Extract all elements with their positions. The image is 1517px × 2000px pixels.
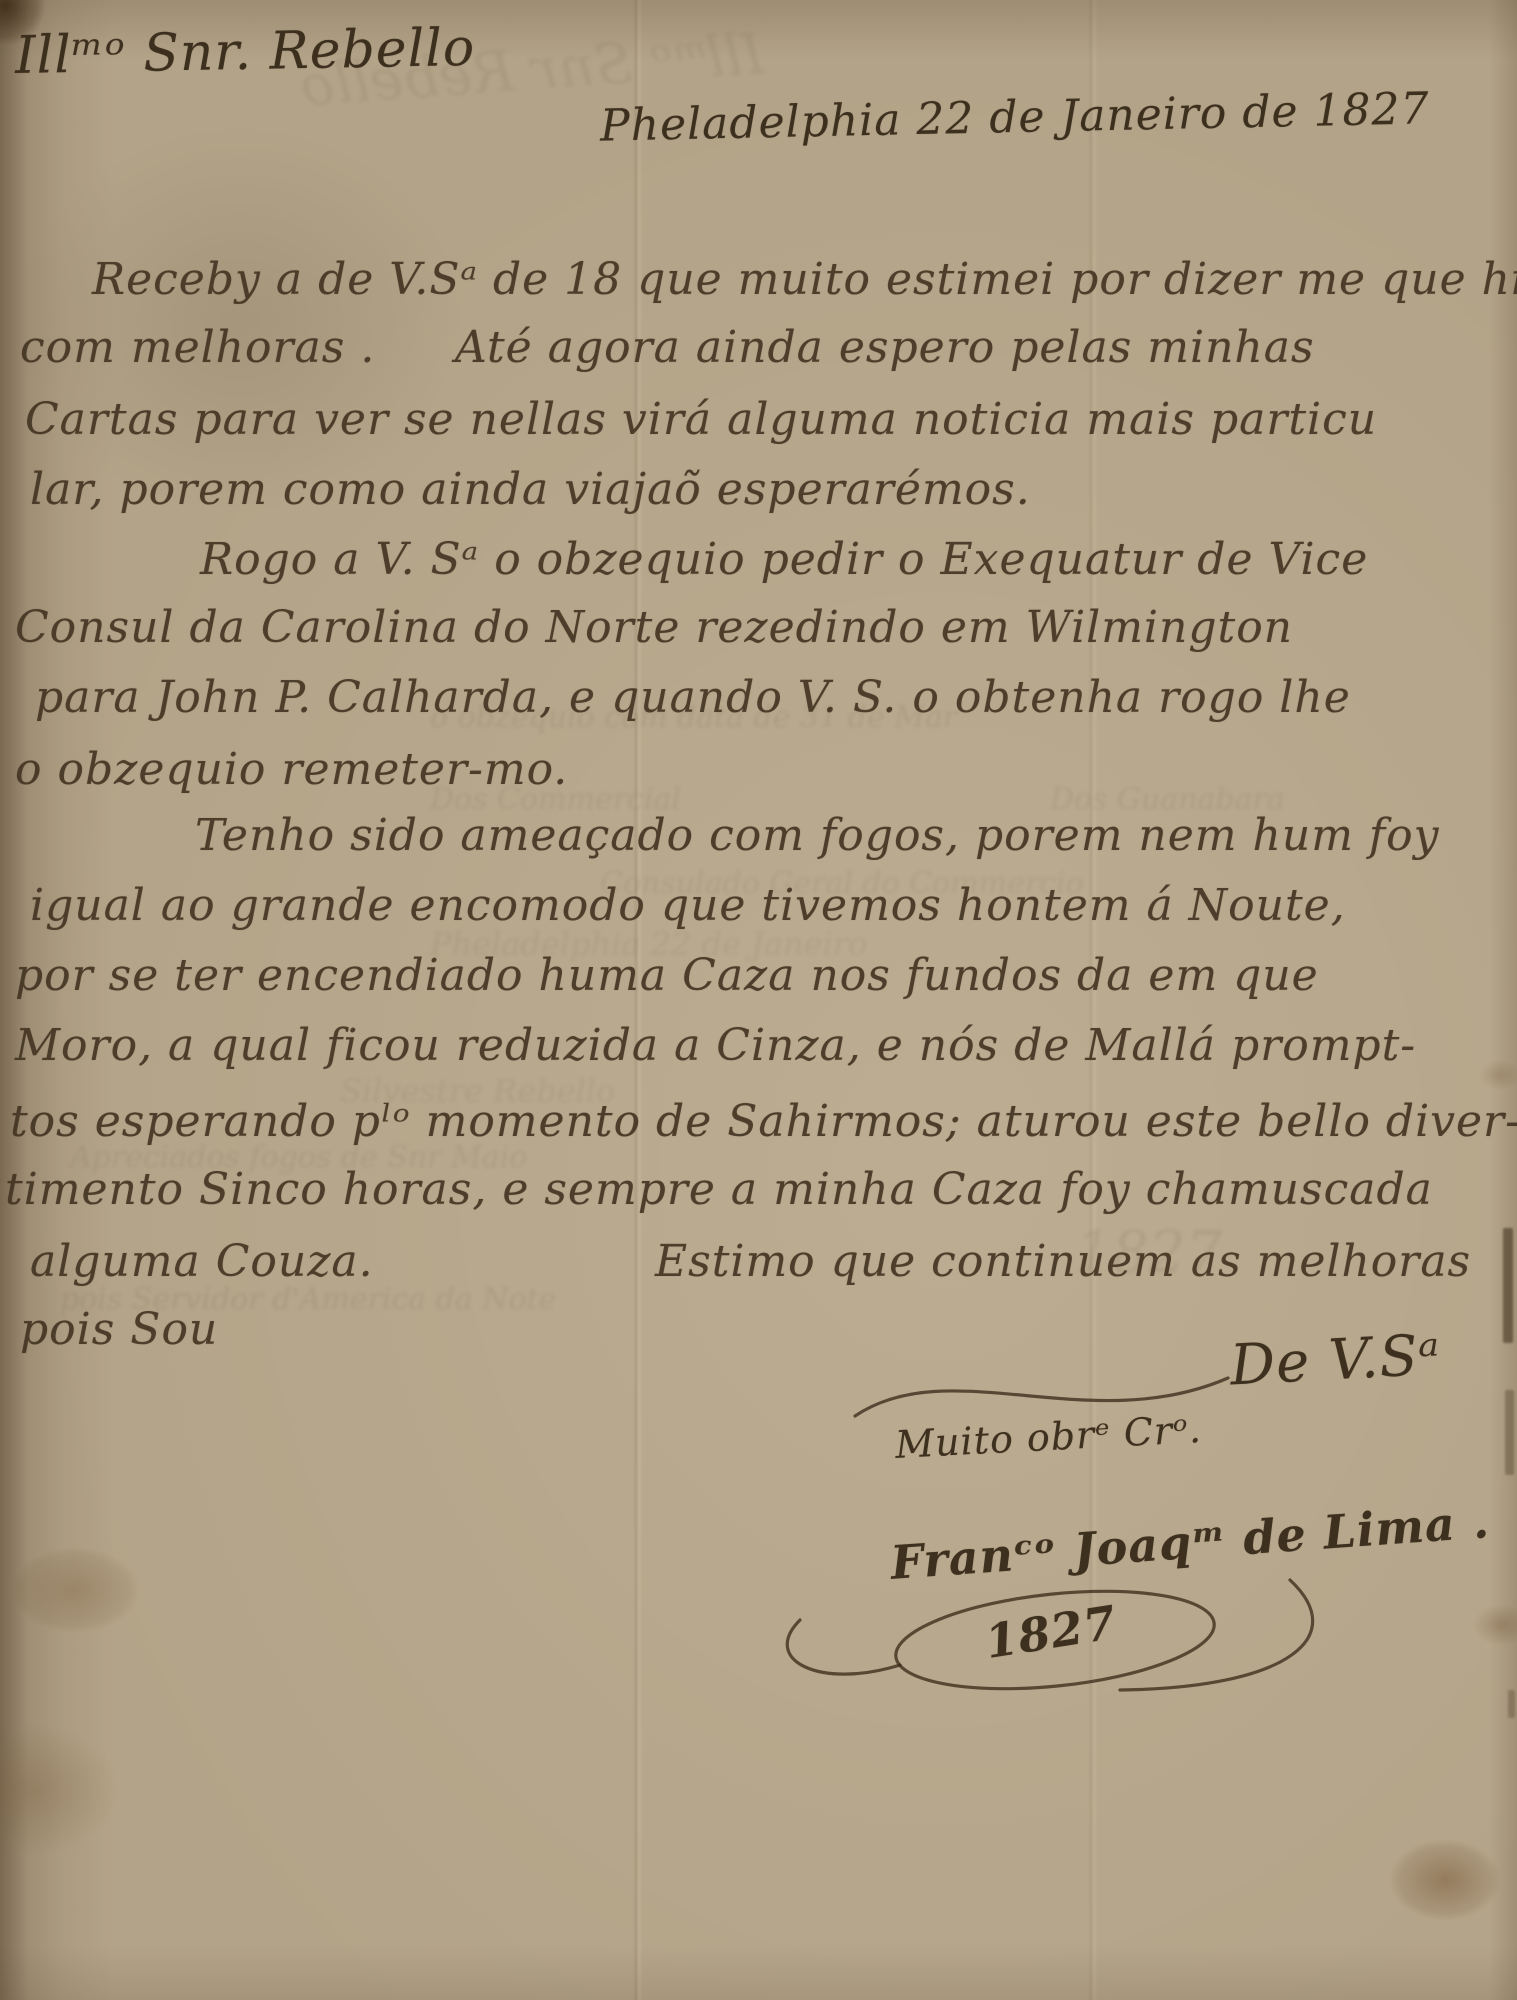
page-edge-mark [1508, 1690, 1515, 1718]
signature: Franᶜᵒ Joaqᵐ de Lima . [889, 1494, 1492, 1590]
dateline: Pheladelphia 22 de Janeiro de 1827 [600, 83, 1430, 151]
letter-line: igual ao grande encomodo que tivemos hon… [30, 876, 1346, 936]
letter-line: timento Sinco horas, e sempre a minha Ca… [5, 1160, 1433, 1220]
letter-line: por se ter encendiado huma Caza nos fund… [15, 946, 1319, 1006]
letter-line: para John P. Calharda, e quando V. S. o … [35, 668, 1351, 728]
signature-flourish [1120, 1580, 1313, 1690]
letter-line: o obzequio remeter-mo. [15, 740, 568, 800]
letter-line: Até agora ainda espero pelas minhas [455, 318, 1315, 378]
letter-line: Moro, a qual ficou reduzida a Cinza, e n… [15, 1016, 1416, 1076]
letter-line: Cartas para ver se nellas virá alguma no… [25, 390, 1377, 450]
letter-line: Consul da Carolina do Norte rezedindo em… [15, 598, 1293, 658]
compliment-close: Muito obrᵉ Crᵒ. [894, 1407, 1203, 1467]
page-edge-mark [1503, 1228, 1513, 1343]
letter-line: Tenho sido ameaçado com fogos, porem nem… [195, 806, 1440, 866]
letter-line: pois Sou [20, 1300, 218, 1360]
letter-line: com melhoras . [20, 318, 375, 378]
letter-line: Receby a de V.Sᵃ de 18 que muito estimei… [92, 250, 1517, 310]
letter-line: lar, porem como ainda viajaõ esperarémos… [30, 460, 1031, 520]
valediction: De V.Sᵃ [1228, 1323, 1442, 1399]
page-edge-mark [1505, 1390, 1514, 1475]
letter-page: Illᵐᵒ Snr Rebello o obzequio com data de… [0, 0, 1517, 2000]
letter-line: alguma Couza. [30, 1232, 374, 1292]
letter-line: Estimo que continuem as melhoras [655, 1232, 1471, 1292]
signature-year: 1827 [982, 1595, 1121, 1669]
letter-line: tos esperando pˡᵒ momento de Sahirmos; a… [10, 1092, 1517, 1152]
letter-line: Rogo a V. Sᵃ o obzequio pedir o Exequatu… [200, 530, 1368, 590]
year-oval-tail [787, 1620, 900, 1674]
addressee: Illᵐᵒ Snr. Rebello [15, 18, 476, 86]
